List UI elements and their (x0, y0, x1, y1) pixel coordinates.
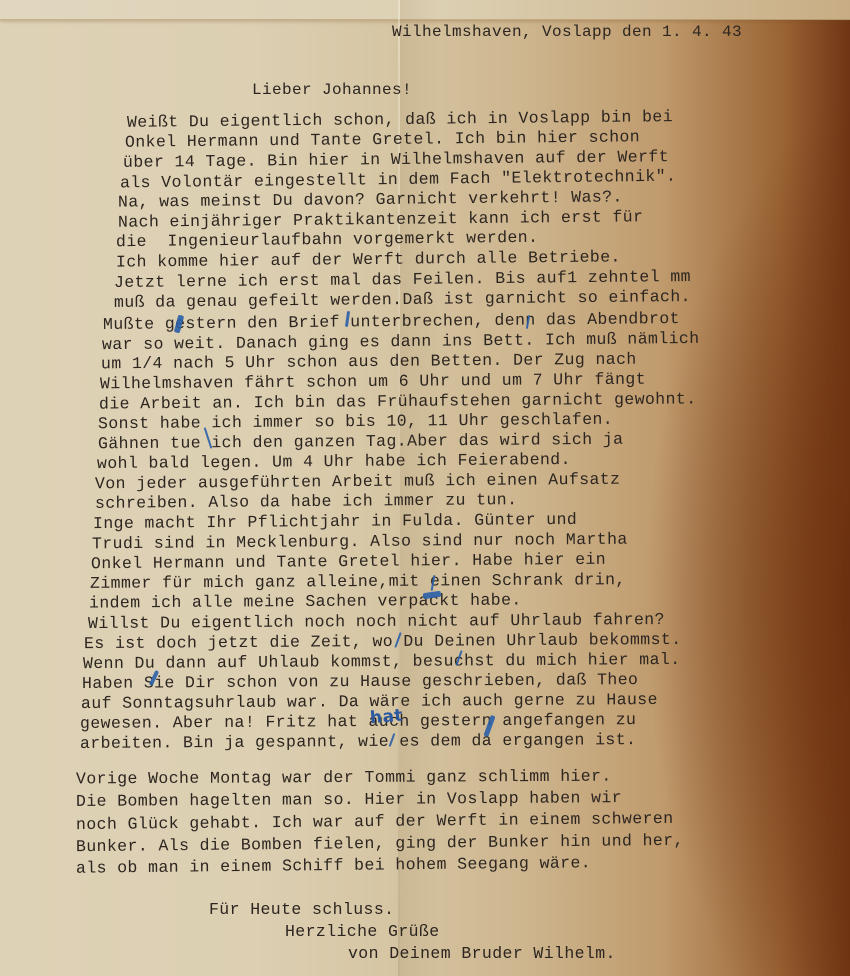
paragraph-3-line-1: Vorige Woche Montag war der Tommi ganz s… (76, 767, 612, 790)
paragraph-2-line-14: Zimmer für mich ganz alleine,mit einen S… (90, 570, 626, 594)
place-date: Wilhelmshaven, Voslapp den 1. 4. 43 (392, 22, 742, 42)
paragraph-2-line-15: indem ich alle meine Sachen verpackt hab… (89, 590, 522, 613)
letter: Wilhelmshaven, Voslapp den 1. 4. 43 Lieb… (0, 0, 850, 976)
ink-insert-hat: hat (369, 706, 404, 729)
signature: von Deinem Bruder Wilhelm. (348, 944, 616, 964)
paragraph-2-line-22: arbeiten. Bin ja gespannt, wie es dem da… (80, 730, 636, 754)
closing-line-2: Herzliche Grüße (285, 922, 440, 942)
closing-line-1: Für Heute schluss. (209, 900, 394, 920)
paragraph-3-line-2: Die Bomben hagelten man so. Hier in Vosl… (76, 788, 622, 812)
paragraph-3-line-5: als ob man in einem Schiff bei hohem See… (76, 853, 591, 878)
salutation: Lieber Johannes! (252, 80, 412, 100)
paragraph-3-line-4: Bunker. Als die Bomben fielen, ging der … (76, 831, 684, 857)
